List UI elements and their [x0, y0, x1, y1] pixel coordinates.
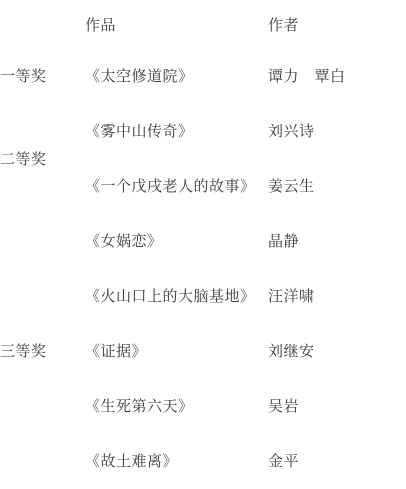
table-row: 二等奖 《雾中山传奇》 刘兴诗 [0, 103, 406, 158]
author-name: 姜云生 [268, 158, 406, 213]
work-title: 《证据》 [85, 323, 268, 378]
author-name: 吴岩 [268, 378, 406, 433]
table-header-row: 作品 作者 [0, 0, 406, 48]
table-row: 三等奖 《女娲恋》 晶静 [0, 213, 406, 268]
work-title: 《火山口上的大脑基地》 [85, 268, 268, 323]
work-title: 《女娲恋》 [85, 213, 268, 268]
work-title: 《太空修道院》 [85, 48, 268, 103]
award-results-table: 作品 作者 一等奖 《太空修道院》 谭力 覃白 二等奖 《雾中山传奇》 刘兴诗 … [0, 0, 406, 488]
author-name: 刘兴诗 [268, 103, 406, 158]
work-title: 《一个戊戌老人的故事》 [85, 158, 268, 213]
work-title: 《故土难离》 [85, 433, 268, 488]
prize-label-third: 三等奖 [0, 213, 85, 488]
author-name: 晶静 [268, 213, 406, 268]
author-name: 汪洋啸 [268, 268, 406, 323]
work-header: 作品 [85, 0, 268, 48]
author-name: 金平 [268, 433, 406, 488]
work-title: 《雾中山传奇》 [85, 103, 268, 158]
prize-label-second: 二等奖 [0, 103, 85, 213]
prize-label-first: 一等奖 [0, 48, 85, 103]
prize-header [0, 0, 85, 48]
author-name: 谭力 覃白 [268, 48, 406, 103]
author-name: 刘继安 [268, 323, 406, 378]
author-header: 作者 [268, 0, 406, 48]
table-row: 一等奖 《太空修道院》 谭力 覃白 [0, 48, 406, 103]
work-title: 《生死第六天》 [85, 378, 268, 433]
